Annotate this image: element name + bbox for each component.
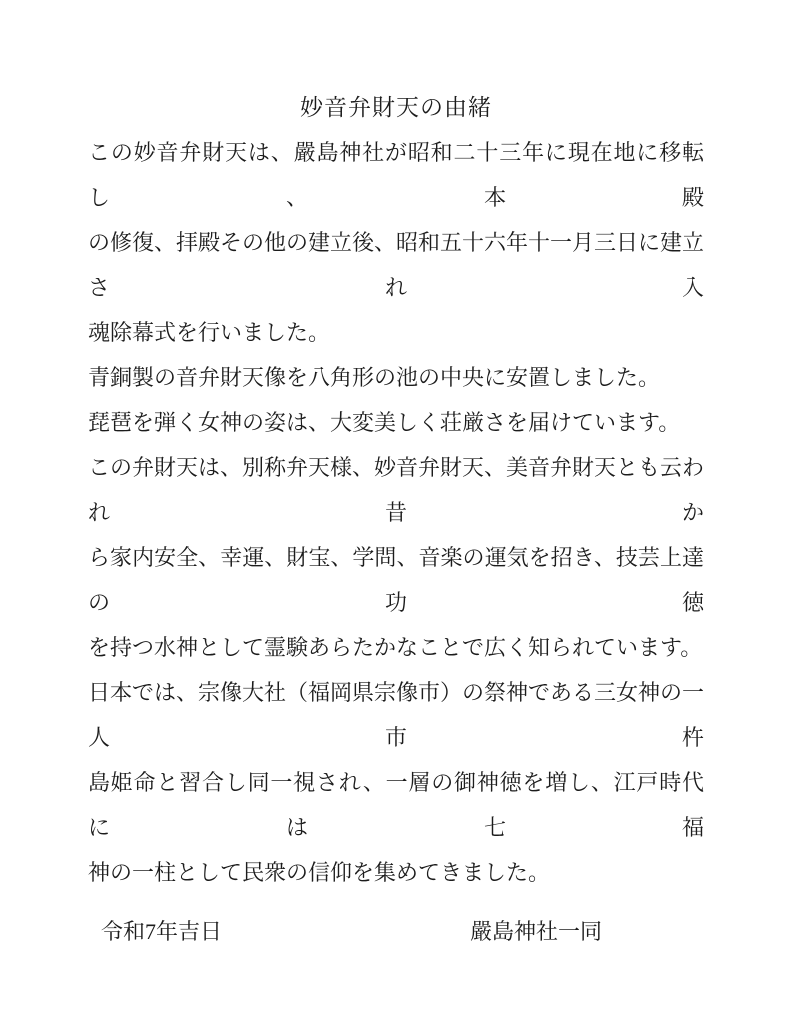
document-title: 妙音弁財天の由緒 (88, 85, 704, 130)
document-body: 妙音弁財天の由緒 この妙音弁財天は、嚴島神社が昭和二十三年に現在地に移転し、本殿… (88, 85, 704, 954)
body-line: 魂除幕式を行いました。 (88, 310, 704, 355)
document-page: 妙音弁財天の由緒 この妙音弁財天は、嚴島神社が昭和二十三年に現在地に移転し、本殿… (0, 0, 791, 1024)
body-line: 日本では、宗像大社（福岡県宗像市）の祭神である三女神の一人市杵 (88, 670, 704, 760)
body-line: 島姫命と習合し同一視され、一層の御神徳を増し、江戸時代には七福 (88, 760, 704, 850)
body-line: の修復、拝殿その他の建立後、昭和五十六年十一月三日に建立され入 (88, 220, 704, 310)
signature-date: 令和7年吉日 (101, 909, 222, 954)
body-line: 神の一柱として民衆の信仰を集めてきました。 (88, 850, 704, 895)
body-line: を持つ水神として霊験あらたかなことで広く知られています。 (88, 625, 704, 670)
body-line: ら家内安全、幸運、財宝、学問、音楽の運気を招き、技芸上達の功徳 (88, 535, 704, 625)
signature-row: 令和7年吉日 嚴島神社一同 (88, 909, 704, 954)
signature-signer: 嚴島神社一同 (470, 909, 602, 954)
body-line: 青銅製の音弁財天像を八角形の池の中央に安置しました。 (88, 355, 704, 400)
body-line: 琵琶を弾く女神の姿は、大変美しく荘厳さを届けています。 (88, 400, 704, 445)
body-line: この妙音弁財天は、嚴島神社が昭和二十三年に現在地に移転し、本殿 (88, 130, 704, 220)
body-line: この弁財天は、別称弁天様、妙音弁財天、美音弁財天とも云われ昔か (88, 445, 704, 535)
